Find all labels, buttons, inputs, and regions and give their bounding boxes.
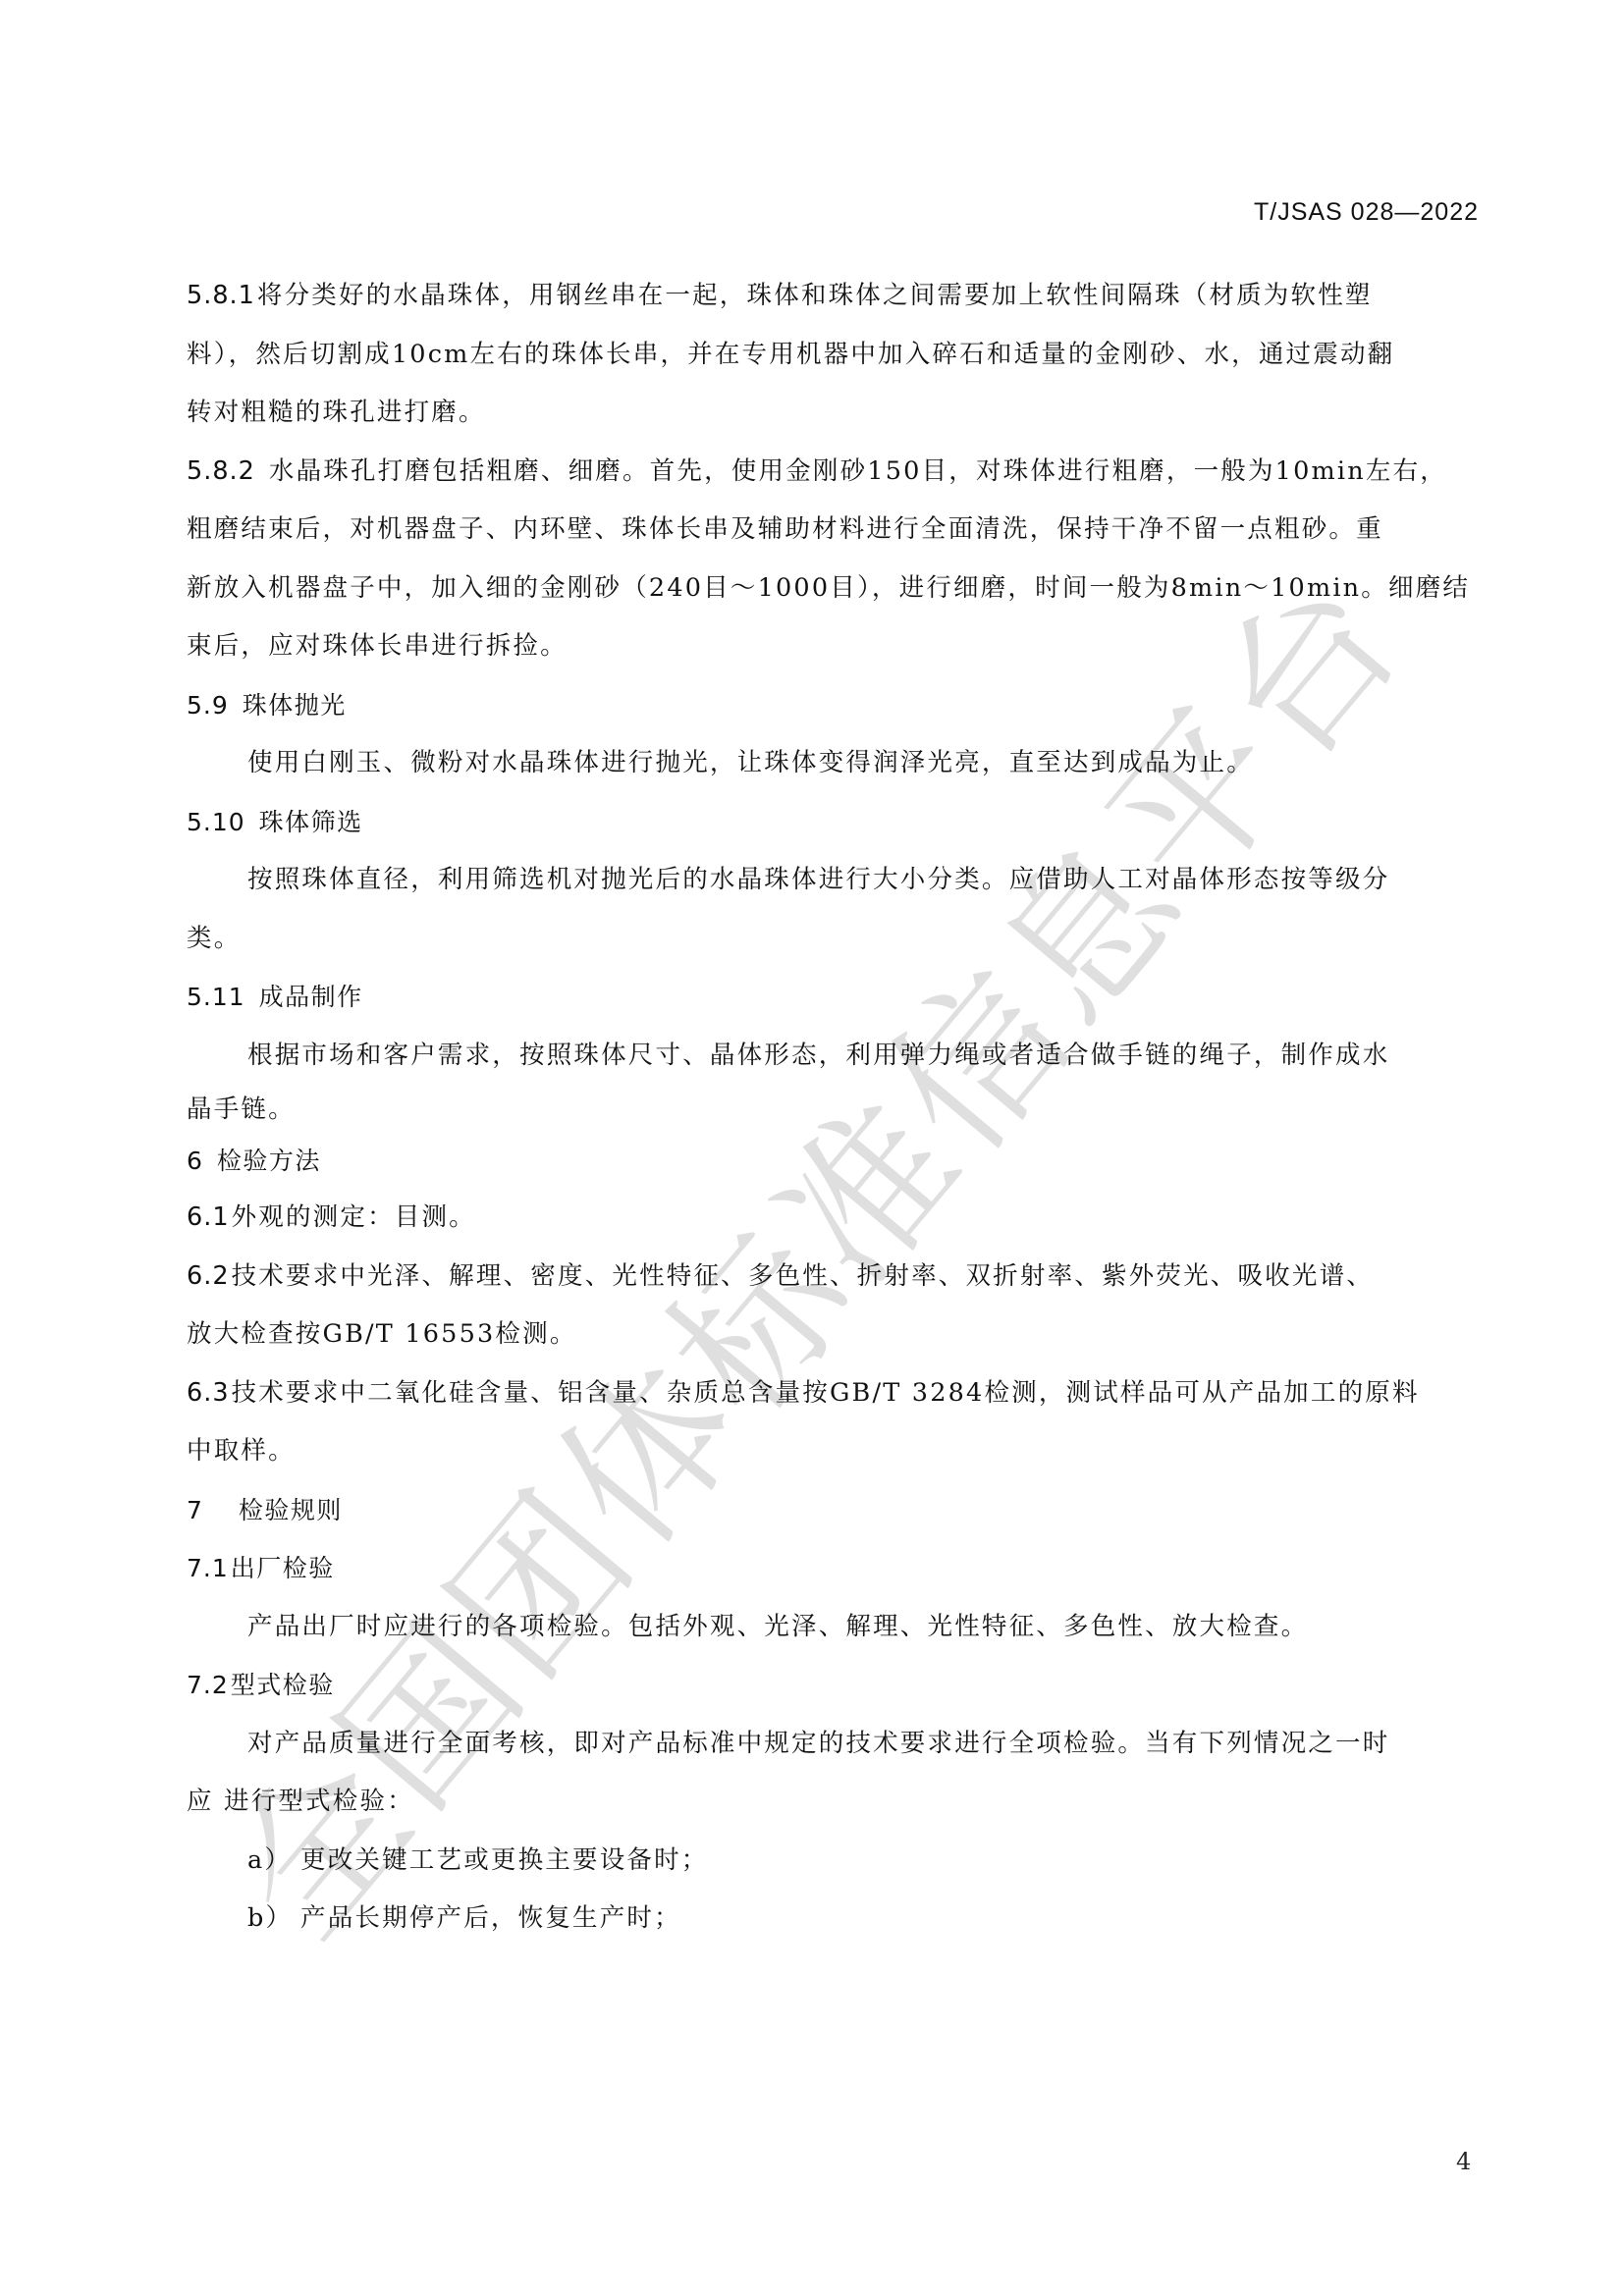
standard-code-header: T/JSAS 028—2022 — [1254, 198, 1479, 227]
clause-body: 产品出厂时应进行的各项检验。包括外观、光泽、解理、光性特征、多色性、放大检查。 — [187, 1598, 1479, 1657]
clause-title: 珠体抛光 — [243, 691, 347, 720]
clause-line: 束后，应对珠体长串进行拆捡。 — [187, 617, 1479, 676]
clause-text: 水晶珠孔打磨包括粗磨、细磨。首先，使用金刚砂150目，对珠体进行粗磨，一般为10… — [269, 456, 1447, 486]
clause-number: 7.1 — [187, 1554, 229, 1582]
list-marker: a） — [247, 1832, 300, 1891]
clause-6-3: 6.3技术要求中二氧化硅含量、铝含量、杂质总含量按GB/T 3284检测，测试样… — [187, 1364, 1479, 1481]
clause-number: 5.8.2 — [187, 456, 255, 486]
clause-number: 6.1 — [187, 1202, 230, 1232]
clause-heading: 7.1出厂检验 — [187, 1539, 1479, 1598]
clause-title: 成品制作 — [259, 983, 363, 1011]
clause-6-2: 6.2技术要求中光泽、解理、密度、光性特征、多色性、折射率、双折射率、紫外荧光、… — [187, 1248, 1479, 1364]
clause-number: 5.9 — [187, 691, 229, 720]
clause-number: 6.3 — [187, 1378, 230, 1408]
clause-heading: 5.9珠体抛光 — [187, 676, 1479, 735]
chapter-number: 6 — [187, 1147, 203, 1175]
clause-6-1: 6.1外观的测定：目测。 — [187, 1189, 1479, 1248]
list-marker: b） — [247, 1890, 300, 1949]
page-number: 4 — [1456, 2148, 1471, 2175]
chapter-6: 6检验方法 — [187, 1134, 1479, 1189]
clause-title: 珠体筛选 — [259, 808, 363, 836]
clause-heading: 7.2型式检验 — [187, 1656, 1479, 1715]
clause-text: 技术要求中光泽、解理、密度、光性特征、多色性、折射率、双折射率、紫外荧光、吸收光… — [232, 1261, 1374, 1291]
list-item-text: 更改关键工艺或更换主要设备时； — [300, 1845, 709, 1875]
clause-line: 应 进行型式检验： — [187, 1773, 1479, 1832]
clause-number: 7.2 — [187, 1671, 229, 1699]
chapter-7: 7检验规则 — [187, 1481, 1479, 1540]
clause-line: 放大检查按GB/T 16553检测。 — [187, 1306, 1479, 1364]
clause-line: 晶手链。 — [187, 1085, 1479, 1134]
clause-text: 外观的测定：目测。 — [232, 1202, 476, 1232]
clause-5-8-2: 5.8.2水晶珠孔打磨包括粗磨、细磨。首先，使用金刚砂150目，对珠体进行粗磨，… — [187, 443, 1479, 676]
clause-line: 中取样。 — [187, 1422, 1479, 1481]
clause-line: 6.2技术要求中光泽、解理、密度、光性特征、多色性、折射率、双折射率、紫外荧光、… — [187, 1248, 1479, 1307]
clause-heading: 5.11成品制作 — [187, 968, 1479, 1027]
clause-body: 使用白刚玉、微粉对水晶珠体进行抛光，让珠体变得润泽光亮，直至达到成品为止。 — [187, 734, 1479, 793]
list-item-text: 产品长期停产后，恢复生产时； — [300, 1903, 681, 1933]
clause-number: 5.10 — [187, 808, 245, 836]
chapter-heading: 7检验规则 — [187, 1481, 1479, 1540]
clause-number: 6.2 — [187, 1261, 230, 1291]
clause-line: 5.8.2水晶珠孔打磨包括粗磨、细磨。首先，使用金刚砂150目，对珠体进行粗磨，… — [187, 443, 1479, 502]
chapter-heading: 6检验方法 — [187, 1134, 1479, 1189]
clause-line: 6.1外观的测定：目测。 — [187, 1189, 1479, 1248]
chapter-title: 检验规则 — [239, 1496, 343, 1524]
clause-7-2: 7.2型式检验 对产品质量进行全面考核，即对产品标准中规定的技术要求进行全项检验… — [187, 1656, 1479, 1949]
clause-5-10: 5.10珠体筛选 按照珠体直径，利用筛选机对抛光后的水晶珠体进行大小分类。应借助… — [187, 793, 1479, 969]
list-item-a: a）更改关键工艺或更换主要设备时； — [187, 1832, 1479, 1891]
clause-heading: 5.10珠体筛选 — [187, 793, 1479, 852]
clause-5-9: 5.9珠体抛光 使用白刚玉、微粉对水晶珠体进行抛光，让珠体变得润泽光亮，直至达到… — [187, 676, 1479, 793]
clause-5-11: 5.11成品制作 根据市场和客户需求，按照珠体尺寸、晶体形态，利用弹力绳或者适合… — [187, 968, 1479, 1134]
clause-number: 5.11 — [187, 983, 245, 1011]
clause-line: 6.3技术要求中二氧化硅含量、铝含量、杂质总含量按GB/T 3284检测，测试样… — [187, 1364, 1479, 1423]
clause-line: 料），然后切割成10cm左右的珠体长串，并在专用机器中加入碎石和适量的金刚砂、水… — [187, 326, 1479, 385]
chapter-title: 检验方法 — [217, 1147, 321, 1175]
clause-line: 转对粗糙的珠孔进打磨。 — [187, 384, 1479, 443]
clause-7-1: 7.1出厂检验 产品出厂时应进行的各项检验。包括外观、光泽、解理、光性特征、多色… — [187, 1539, 1479, 1656]
clause-line: 根据市场和客户需求，按照珠体尺寸、晶体形态，利用弹力绳或者适合做手链的绳子，制作… — [187, 1027, 1479, 1086]
clause-line: 粗磨结束后，对机器盘子、内环壁、珠体长串及辅助材料进行全面清洗，保持干净不留一点… — [187, 501, 1479, 560]
clause-line: 5.8.1将分类好的水晶珠体，用钢丝串在一起，珠体和珠体之间需要加上软性间隔珠（… — [187, 267, 1479, 326]
document-page: 全国团体标准信息平台 T/JSAS 028—2022 5.8.1将分类好的水晶珠… — [0, 0, 1624, 2296]
document-body: 5.8.1将分类好的水晶珠体，用钢丝串在一起，珠体和珠体之间需要加上软性间隔珠（… — [187, 267, 1479, 1949]
clause-line: 对产品质量进行全面考核，即对产品标准中规定的技术要求进行全项检验。当有下列情况之… — [187, 1715, 1479, 1774]
chapter-number: 7 — [187, 1496, 203, 1524]
clause-title: 型式检验 — [231, 1671, 335, 1699]
clause-line: 类。 — [187, 910, 1479, 969]
clause-5-8-1: 5.8.1将分类好的水晶珠体，用钢丝串在一起，珠体和珠体之间需要加上软性间隔珠（… — [187, 267, 1479, 443]
clause-text: 将分类好的水晶珠体，用钢丝串在一起，珠体和珠体之间需要加上软性间隔珠（材质为软性… — [257, 281, 1373, 310]
list-item-b: b）产品长期停产后，恢复生产时； — [187, 1890, 1479, 1949]
clause-text: 技术要求中二氧化硅含量、铝含量、杂质总含量按GB/T 3284检测，测试样品可从… — [232, 1378, 1420, 1408]
clause-number: 5.8.1 — [187, 281, 255, 310]
clause-line: 新放入机器盘子中，加入细的金刚砂（240目～1000目），进行细磨，时间一般为8… — [187, 560, 1479, 618]
clause-title: 出厂检验 — [231, 1554, 335, 1582]
clause-line: 按照珠体直径，利用筛选机对抛光后的水晶珠体进行大小分类。应借助人工对晶体形态按等… — [187, 851, 1479, 910]
